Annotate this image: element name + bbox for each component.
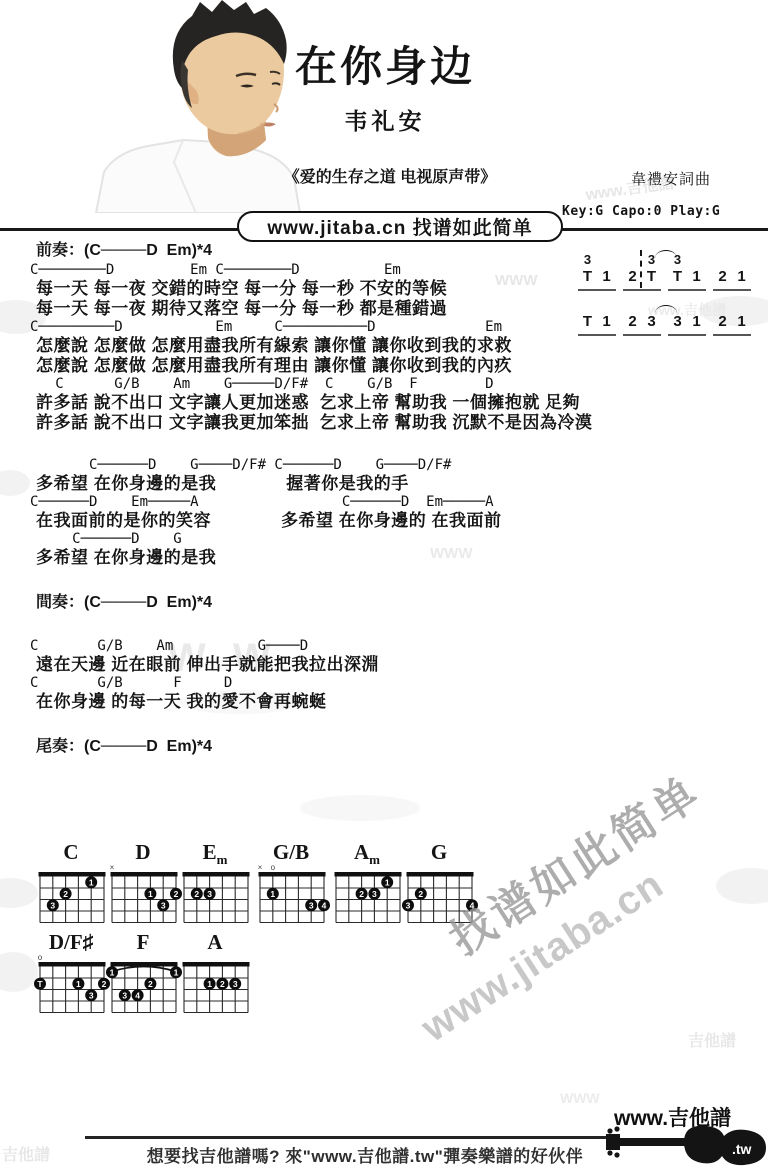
chord-line: C G/B F D	[30, 675, 575, 692]
chord-line: C──────D Em─────A C──────D Em─────A	[30, 494, 575, 511]
spacer	[30, 712, 575, 736]
tie-arc	[655, 250, 677, 258]
svg-text:1: 1	[385, 877, 390, 887]
chord-diagram-Em: Em23	[180, 842, 250, 927]
picking-note: 3	[668, 313, 687, 331]
section-label: 尾奏：(C────D Em)*4	[30, 736, 575, 758]
tie-arc	[655, 305, 677, 313]
chord-diagram-F: F11234	[108, 932, 178, 1017]
svg-text:2: 2	[174, 889, 179, 899]
svg-text:3: 3	[161, 900, 166, 910]
svg-text:1: 1	[76, 979, 81, 989]
svg-text:2: 2	[220, 979, 225, 989]
lyric-line: 怎麼說 怎麼做 怎麼用盡我所有線索 讓你懂 讓你收到我的求救	[30, 336, 575, 356]
fretboard-grid: 123	[36, 863, 106, 927]
picking-beat-group: 2T3	[623, 268, 661, 291]
picking-beat-group: 23	[623, 313, 661, 336]
fretboard-grid: 23	[180, 863, 250, 927]
chord-line: C G/B Am G────D	[30, 638, 575, 655]
svg-text:3: 3	[233, 979, 238, 989]
svg-text:2: 2	[148, 979, 153, 989]
svg-text:T: T	[37, 979, 43, 989]
chord-line: C─────────D Em C──────────D Em	[30, 319, 575, 336]
picking-note: T3	[668, 268, 687, 286]
svg-text:2: 2	[418, 889, 423, 899]
watermark-blob	[716, 868, 768, 904]
lyric-line: 多希望 在你身邊的是我	[30, 548, 575, 568]
picking-note: 3	[642, 313, 661, 331]
svg-text:3: 3	[309, 900, 314, 910]
picking-note: 1	[687, 268, 706, 286]
picking-note: 1	[597, 268, 616, 286]
chord-diagram-G: G234	[404, 842, 474, 927]
svg-text:3: 3	[207, 889, 212, 899]
chord-diagram-D: D×123	[108, 842, 178, 927]
picking-system: T1233121	[578, 304, 758, 336]
chord-name: A	[180, 932, 250, 953]
picking-note: 2	[713, 268, 732, 286]
chord-name: C	[36, 842, 106, 863]
svg-text:2: 2	[359, 889, 364, 899]
svg-text:o: o	[38, 953, 43, 962]
svg-text:3: 3	[50, 900, 55, 910]
album-title: 《爱的生存之道 电视原声带》	[230, 164, 550, 187]
watermark-blob	[0, 952, 38, 992]
picking-note: T3	[578, 268, 597, 286]
svg-text:2: 2	[194, 889, 199, 899]
chord-line: C──────D G	[30, 531, 575, 548]
svg-text:4: 4	[322, 900, 327, 910]
chord-name: G/B	[256, 842, 326, 863]
footer-divider	[85, 1136, 618, 1139]
chord-name: D/F♯	[36, 932, 106, 953]
site-banner-link[interactable]: www.jitaba.cn 找谱如此简单	[237, 211, 563, 242]
chord-name: D	[108, 842, 178, 863]
fretboard-grid: oT123	[36, 953, 106, 1017]
fretboard-grid: 123	[180, 953, 250, 1017]
picking-note: 2	[713, 313, 732, 331]
chord-diagram-Am: Am123	[332, 842, 402, 927]
picking-note: 1	[687, 313, 706, 331]
picking-beat-group: T1	[578, 313, 616, 336]
chord-line: C──────D G────D/F# C──────D G────D/F#	[30, 457, 575, 474]
watermark-blob	[0, 878, 38, 908]
guitar-logo-icon: .tw	[606, 1120, 768, 1168]
picking-patterns: T312T3T3121T1233121	[578, 250, 758, 349]
lyric-line: 每一天 每一夜 期待又落空 每一分 每一秒 都是種錯過	[30, 299, 575, 319]
svg-text:2: 2	[63, 889, 68, 899]
svg-text:3: 3	[122, 990, 127, 1000]
page-title: 在你身边	[240, 34, 530, 94]
diagonal-watermark-slogan: 找谱如此简单	[435, 741, 737, 968]
key-capo-play-info: Key:G Capo:0 Play:G	[562, 204, 720, 219]
chord-name: Am	[332, 842, 402, 863]
picking-note: T	[578, 313, 597, 331]
bar-line	[640, 250, 642, 288]
svg-text:1: 1	[148, 889, 153, 899]
svg-text:2: 2	[102, 979, 107, 989]
svg-text:1: 1	[270, 889, 275, 899]
fretboard-grid: 123	[332, 863, 402, 927]
svg-text:.tw: .tw	[732, 1141, 752, 1157]
composer-credit: 韋禮安詞曲	[631, 168, 711, 189]
lyric-line: 怎麼說 怎麼做 怎麼用盡我所有理由 讓你懂 讓你收到我的內疚	[30, 356, 575, 376]
chord-line: C G/B Am G─────D/F# C G/B F D	[30, 376, 575, 393]
picking-note: 1	[732, 313, 751, 331]
chord-diagram-G-B: G/B×o134	[256, 842, 326, 927]
picking-beat-group: T31	[578, 268, 616, 291]
svg-text:1: 1	[174, 967, 179, 977]
lyric-line: 遠在天邊 近在眼前 伸出手就能把我拉出深淵	[30, 655, 575, 675]
watermark-text: 吉他譜	[688, 1028, 736, 1051]
spacer	[30, 614, 575, 638]
watermark-text: 吉他譜	[2, 1142, 50, 1165]
fretboard-grid: 11234	[108, 953, 178, 1017]
picking-note: T3	[642, 268, 661, 286]
picking-beat-group: 31	[668, 313, 706, 336]
svg-text:3: 3	[89, 990, 94, 1000]
lyric-line: 許多話 說不出口 文字讓我更加笨拙 乞求上帝 幫助我 沉默不是因為冷漠	[30, 413, 575, 433]
watermark-blob	[0, 470, 30, 496]
lyric-line: 在我面前的是你的笑容 多希望 在你身邊的 在我面前	[30, 511, 575, 531]
lyric-line: 多希望 在你身邊的是我 握著你是我的手	[30, 474, 575, 494]
picking-note: 2	[623, 313, 642, 331]
fretboard-grid: ×o134	[256, 863, 326, 927]
svg-text:1: 1	[89, 877, 94, 887]
sheet-lines: 前奏：(C────D Em)*4C────────D Em C────────D…	[30, 240, 575, 758]
svg-text:4: 4	[470, 900, 475, 910]
fretboard-grid: ×123	[108, 863, 178, 927]
svg-text:×: ×	[258, 863, 263, 872]
chord-sheet-page: www.吉他譜 WWW www.吉他譜 WWW W W 吉他譜 WWW 吉他譜	[0, 0, 768, 1168]
picking-beat-group: T31	[668, 268, 706, 291]
footer-tagline: 想要找吉他譜嗎? 來"www.吉他譜.tw"彈奏樂譜的好伙伴	[105, 1142, 625, 1167]
spacer	[30, 433, 575, 457]
lyric-line: 許多話 說不出口 文字讓人更加迷惑 乞求上帝 幫助我 一個擁抱就 足夠	[30, 393, 575, 413]
svg-text:o: o	[271, 863, 276, 872]
chord-line: C────────D Em C────────D Em	[30, 262, 575, 279]
picking-melody-note: 3	[578, 253, 597, 266]
chord-diagram-C: C123	[36, 842, 106, 927]
watermark-text: WWW	[560, 1090, 600, 1106]
chord-diagram-D-Fsharp: D/F♯oT123	[36, 932, 106, 1017]
site-logo[interactable]: www.吉他譜 .tw	[606, 1096, 768, 1168]
chord-name: F	[108, 932, 178, 953]
svg-text:×: ×	[110, 863, 115, 872]
picking-beat-group: 21	[713, 268, 751, 291]
svg-text:4: 4	[135, 990, 140, 1000]
watermark-blob	[300, 795, 420, 821]
svg-text:3: 3	[372, 889, 377, 899]
artist-name: 韦礼安	[300, 103, 470, 136]
picking-beat-group: 21	[713, 313, 751, 336]
svg-text:1: 1	[110, 967, 115, 977]
lyric-line: 每一天 每一夜 交錯的時空 每一分 每一秒 不安的等候	[30, 279, 575, 299]
section-label: 前奏：(C────D Em)*4	[30, 240, 575, 262]
spacer	[30, 568, 575, 592]
picking-note: 1	[732, 268, 751, 286]
svg-text:3: 3	[406, 900, 411, 910]
picking-note: 1	[597, 313, 616, 331]
chord-name: G	[404, 842, 474, 863]
picking-system: T312T3T3121	[578, 250, 758, 291]
fretboard-grid: 234	[404, 863, 474, 927]
section-label: 間奏：(C────D Em)*4	[30, 592, 575, 614]
svg-text:1: 1	[207, 979, 212, 989]
chord-name: Em	[180, 842, 250, 863]
chord-diagram-A: A123	[180, 932, 250, 1017]
lyric-line: 在你身邊 的每一天 我的愛不會再蜿蜒	[30, 692, 575, 712]
